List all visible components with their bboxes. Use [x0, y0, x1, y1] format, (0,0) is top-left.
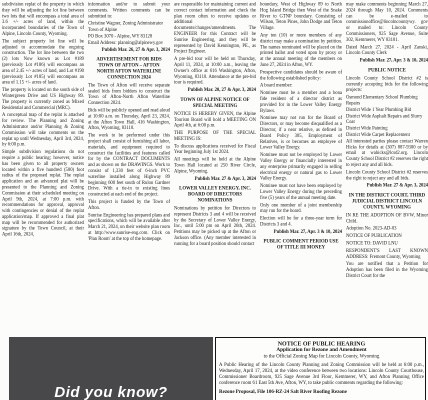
notice-paragraph: The work to be performed under this proj… — [88, 133, 170, 198]
notice-paragraph: THE PURPOSE OF THE SPECIAL MEETING IS: — [174, 131, 256, 143]
notice-line: PO Box 3070 - Alpine, WY 83128 — [88, 34, 170, 40]
notice-paragraph: A pre-bid tour will be held on Thursday,… — [174, 57, 256, 86]
notice-paragraph: All meetings will be held at the Alpine … — [174, 157, 256, 175]
publish-dates: Publish Mar. 27, Apr. 3 & 10, 2024 — [260, 229, 342, 235]
public-hearing-notice-content: NOTICE OF PUBLIC HEARING Application for… — [219, 340, 424, 395]
notice-paragraph: are responsible for maintaining current … — [174, 2, 256, 55]
column-5-text: may make comments beginning March 27, 20… — [346, 2, 428, 279]
notice-heading: ADVERTISEMENT FOR BIDS TOWN OF AFTON – A… — [90, 57, 168, 81]
notice-paragraph: Any ten (10) or more members of any dist… — [260, 33, 342, 68]
publish-dates: Publish Mar. 20, 27 & Apr. 3, 2024 — [174, 88, 256, 94]
notice-line: District Wide Carpet Replacement — [346, 133, 428, 139]
column-2-text: information and/or to submit your commen… — [88, 2, 170, 242]
notice-paragraph: Nominee may not run for the Board of Dir… — [260, 116, 342, 151]
notice-paragraph: Nominee must be a member and a bona fide… — [260, 91, 342, 115]
column-5: may make comments beginning March 27, 20… — [346, 2, 428, 336]
publish-dates: Publish Mar. 27 & Apr. 3, 2024 — [174, 176, 256, 182]
notice-paragraph: information and/or to submit your commen… — [88, 2, 170, 20]
notice-paragraph: Nominee must not be employed by Lower Va… — [260, 153, 342, 182]
notice-paragraph: RESPONDENT'S LAST KNOWN ADDRESS: Fremont… — [346, 248, 428, 260]
notice-paragraph: Adoption No. 2023-AD-03 — [346, 226, 428, 232]
notice-line: District Wide Painting — [346, 126, 428, 132]
notice-paragraph: NOTICE TO: DAVID LNU — [346, 241, 428, 247]
notice-heading: TOWN OF ALPINE NOTICE OF SPECIAL MEETING — [176, 97, 254, 109]
notice-line: District Wide 1 Year Plumbing Bid — [346, 107, 428, 113]
column-1-text: subdivision replat of the property in wh… — [2, 2, 84, 238]
notice-paragraph: NOTICE OF PUBLICATION — [346, 234, 428, 240]
notice-paragraph: This project is funded by the Town of Af… — [88, 200, 170, 212]
notice-line: Osmond Elementary School Plumbing Repair… — [346, 95, 428, 107]
notice-paragraph: Dated March 27, 2024 - April Zanski, Lin… — [346, 45, 428, 57]
notice-box-subtitle-line2: to the Official Zoning Map for Lincoln C… — [219, 353, 424, 359]
column-4-text: boundary, West of Highway 89 to North Ho… — [260, 2, 342, 251]
notice-line: District Wide Asphalt Repairs and Slurry… — [346, 114, 428, 126]
publish-dates: Publish Mar. 27, Apr. 3 & 10, 2024 — [346, 58, 428, 64]
column-2: information and/or to submit your commen… — [88, 2, 170, 336]
notice-paragraph: You are notified that a Petition for Ado… — [346, 262, 428, 280]
public-hearing-notice-box: NOTICE OF PUBLIC HEARING Application for… — [215, 337, 426, 400]
notice-heading: PUBLIC NOTICE — [348, 68, 426, 74]
column-4: boundary, West of Highway 89 to North Ho… — [260, 2, 342, 336]
notice-paragraph: Lincoln County School District #2 is cur… — [346, 76, 428, 94]
notice-heading: PUBLIC COMMENT PERIOD USE OF TITLE III M… — [262, 239, 340, 251]
notice-paragraph: The property is located on the south sid… — [2, 88, 84, 112]
did-you-know-label: Did you know? — [9, 384, 213, 400]
notice-paragraph: To discuss applications received for Fis… — [174, 144, 256, 156]
notice-paragraph: IN RE THE ADOPTION OF BVW, Minor Child. — [346, 213, 428, 225]
notice-box-title: NOTICE OF PUBLIC HEARING — [219, 340, 424, 347]
notice-paragraph: Prospective candidates should be aware o… — [260, 70, 342, 82]
notice-paragraph: Only one member of a joint membership ma… — [260, 203, 342, 215]
publish-dates: Publish Mar. 26, 27 & Apr. 3, 2024 — [88, 47, 170, 53]
notice-heading: LOWER VALLEY ENERGY, INC. BOARD OF DIREC… — [176, 186, 254, 204]
column-1: subdivision replat of the property in wh… — [2, 2, 84, 336]
column-3: are responsible for maintaining current … — [174, 2, 256, 336]
publish-dates: Publish Mar. 27 & Apr. 3, 2024 — [346, 183, 428, 189]
notice-paragraph: The subject property lot line will be ad… — [2, 39, 84, 86]
notice-paragraph: subdivision replat of the property in wh… — [2, 2, 84, 37]
column-3-text: are responsible for maintaining current … — [174, 2, 256, 247]
notice-paragraph: Simple subdivision regulations do not re… — [2, 150, 84, 238]
notice-box-rezone-item: Rezone Proposal, File 106-RZ-24 Salt Riv… — [219, 389, 424, 395]
notice-paragraph: A conceptual map of the replat is attach… — [2, 113, 84, 148]
notice-paragraph: boundary, West of Highway 89 to North Ho… — [260, 2, 342, 31]
notice-paragraph: Nominee must not have been employed by L… — [260, 184, 342, 202]
notice-paragraph: The Town of Afton will receive separate … — [88, 83, 170, 107]
notice-paragraph: NOTICE IS HEREBY GIVEN, the Alpine Touri… — [174, 111, 256, 129]
notice-paragraph: Sunrise Engineering has prepared plans a… — [88, 213, 170, 242]
notice-paragraph: All interested parties please contact Wa… — [346, 139, 428, 168]
notice-paragraph: may make comments beginning March 27, 20… — [346, 2, 428, 43]
notice-line: Town of Alpine — [88, 28, 170, 34]
did-you-know-ad-banner[interactable]: Did you know? — [9, 337, 213, 400]
notice-heading: IN THE DISTRICT COURT, THIRD JUDICIAL DI… — [348, 193, 426, 211]
notice-box-body: A Public Hearing of the Lincoln County P… — [219, 362, 424, 386]
notice-paragraph: Election will be for a three-year term f… — [260, 216, 342, 228]
notice-paragraph: Bids will be publicly opened and read al… — [88, 108, 170, 132]
notice-paragraph: Nominations by petition for Directors to… — [174, 206, 256, 247]
notice-line: Email Address: planning@alpinewy.gov — [88, 40, 170, 46]
notice-paragraph: Lincoln County School District #2 reserv… — [346, 170, 428, 182]
notice-paragraph: A board member: — [260, 83, 342, 89]
notice-line: Christine Wagner, Zoning Administrator — [88, 21, 170, 27]
newspaper-legal-notices-page: subdivision replat of the property in wh… — [0, 0, 428, 400]
